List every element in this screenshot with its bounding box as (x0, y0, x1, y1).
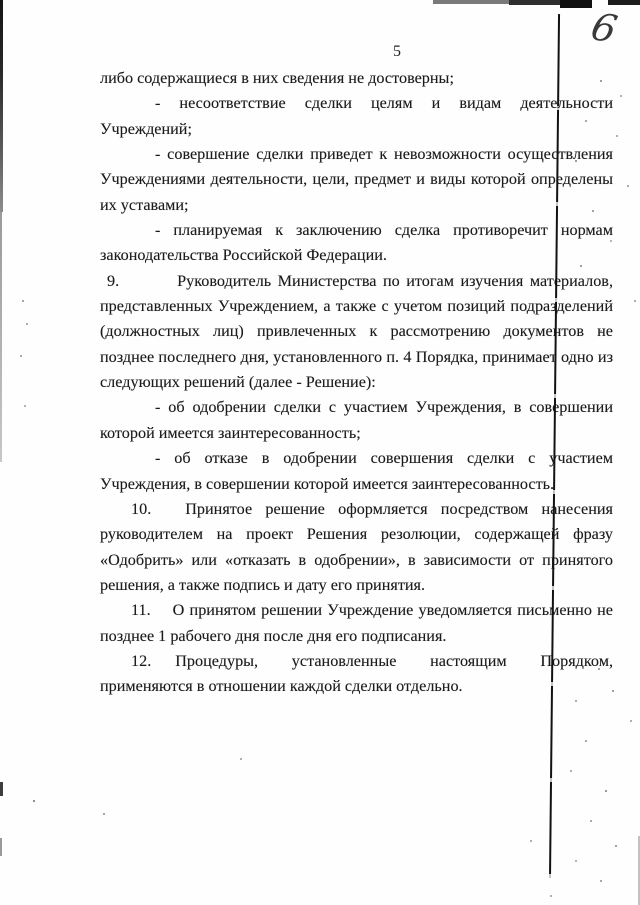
item-number: 10. (131, 500, 151, 518)
paragraph-item-10: 10.Принятое решение оформляется посредст… (100, 497, 613, 598)
paragraph-dash-1: - несоответствие сделки целям и видам де… (100, 91, 613, 142)
tab-space (151, 614, 173, 615)
paragraph-item-12: 12.Процедуры, установленные настоящим По… (100, 649, 613, 700)
item-text: О принятом решении Учреждение уведомляет… (100, 601, 613, 644)
scan-edge-artifact (608, 0, 640, 5)
paragraph-continuation: либо содержащиеся в них сведения не дост… (100, 66, 613, 91)
handwritten-page-mark: 6 (587, 5, 621, 52)
scanned-document-page: 5 6 либо содержащиеся в них сведения не … (0, 0, 640, 905)
paragraph-dash-5: - об отказе в одобрении совершения сделк… (100, 446, 613, 497)
scan-edge-artifact (0, 212, 2, 462)
tab-space (151, 665, 175, 666)
item-text: Процедуры, установленные настоящим Поряд… (100, 652, 613, 695)
scan-edge-artifact (0, 838, 2, 856)
item-number: 12. (131, 652, 151, 670)
item-number: 9. (107, 272, 119, 290)
scan-edge-artifact (0, 0, 3, 212)
scan-edge-artifact (509, 0, 561, 5)
scan-edge-artifact (560, 0, 592, 8)
paragraph-dash-2: - совершение сделки приведет к невозможн… (100, 142, 613, 218)
page-number: 5 (385, 43, 409, 61)
paragraph-dash-3: - планируемая к заключению сделка против… (100, 218, 613, 269)
paragraph-item-9: 9.Руководитель Министерства по итогам из… (100, 269, 613, 396)
paragraph-dash-4: - об одобрении сделки с участием Учрежде… (100, 395, 613, 446)
item-text: Принятое решение оформляется посредством… (100, 500, 613, 594)
paragraph-item-11: 11.О принятом решении Учреждение уведомл… (100, 598, 613, 649)
tab-space (119, 285, 177, 286)
item-text: Руководитель Министерства по итогам изуч… (100, 272, 613, 391)
item-number: 11. (131, 601, 151, 619)
document-body: либо содержащиеся в них сведения не дост… (100, 66, 613, 700)
tab-space (151, 513, 185, 514)
scan-edge-artifact (433, 0, 509, 4)
scan-edge-artifact (0, 782, 3, 796)
